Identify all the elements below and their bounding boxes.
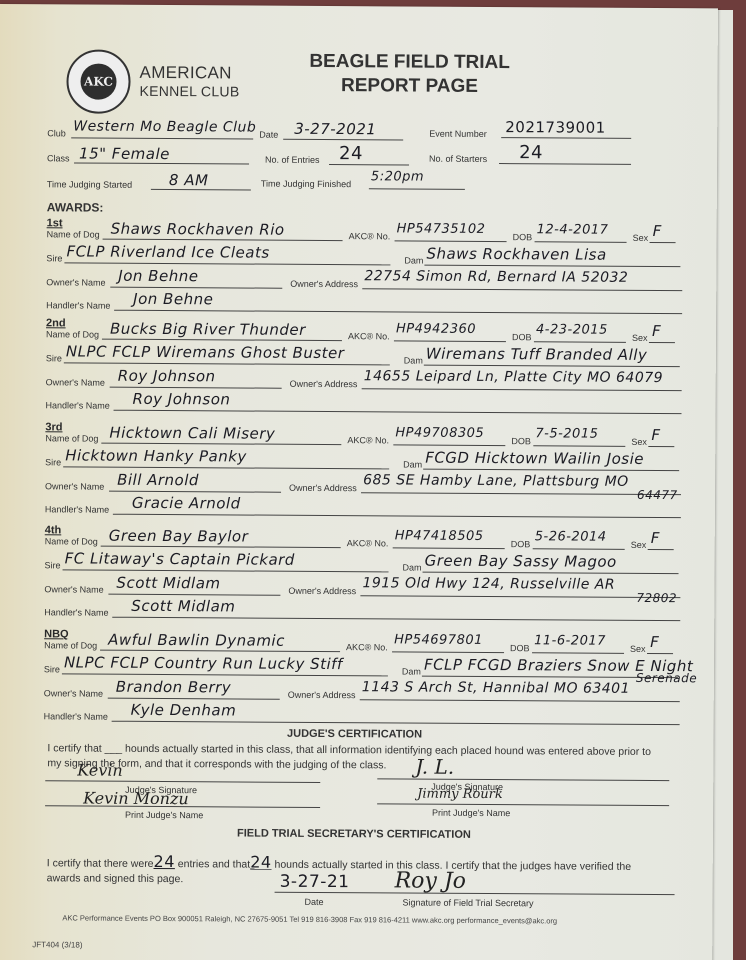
akc-logo-mark: AKC [80,63,116,99]
owners-name-label: Owner's Name [46,277,105,287]
owner-address-field[interactable]: 1143 S Arch St, Hannibal MO 63401 [362,679,630,697]
award-entry: 1st Name of Dog Shaws Rockhaven Rio AKC®… [0,4,718,8]
akc-no-label: AKC® No. [346,642,388,652]
time-finished-field[interactable]: 5:20pm [371,169,424,184]
page-title: BEAGLE FIELD TRIAL REPORT PAGE [279,50,539,100]
dob-label: DOB [513,232,533,242]
sire-label: Sire [46,353,62,363]
sire-field[interactable]: FCLP Riverland Ice Cleats [66,242,269,261]
secretary-date-label: Date [304,897,323,907]
time-started-field[interactable]: 8 AM [169,171,209,189]
handler-name-field[interactable]: Kyle Denham [131,701,237,720]
report-page: AKC AMERICAN KENNEL CLUB BEAGLE FIELD TR… [0,4,718,960]
footer-contact: AKC Performance Events PO Box 900051 Ral… [62,913,557,925]
sex-label: Sex [632,333,648,343]
akc-no-field[interactable]: HP47418505 [395,528,484,544]
name-of-dog-label: Name of Dog [47,229,100,239]
judges-certification-title: JUDGE'S CERTIFICATION [0,726,714,742]
club-label: Club [47,128,66,138]
owners-name-label: Owner's Name [45,481,104,491]
sex-field[interactable]: F [651,426,660,444]
time-finished-label: Time Judging Finished [261,179,351,190]
dob-field[interactable]: 11-6-2017 [534,633,606,648]
owner-name-field[interactable]: Roy Johnson [118,367,216,386]
akc-no-field[interactable]: HP4942360 [396,321,476,336]
dob-field[interactable]: 4-23-2015 [536,322,608,337]
sex-field[interactable]: F [651,529,660,547]
secretary-entries-field[interactable]: 24 [154,852,175,871]
dam-label: Dam [403,459,422,469]
event-number-field[interactable]: 2021739001 [505,118,606,137]
dog-name-field[interactable]: Shaws Rockhaven Rio [111,220,285,239]
time-started-label: Time Judging Started [47,179,132,190]
owners-name-label: Owner's Name [44,584,103,594]
dam-field[interactable]: Green Bay Sassy Magoo [425,552,617,571]
club-field[interactable]: Western Mo Beagle Club [73,118,256,135]
owners-address-label: Owner's Address [288,690,356,700]
sire-label: Sire [46,253,62,263]
owner-address-field[interactable]: 1915 Old Hwy 124, Russelville AR [362,575,615,593]
class-field[interactable]: 15" Female [79,144,170,163]
judge2-printed-name[interactable]: Jimmy Rourk [417,787,503,803]
handlers-name-label: Handler's Name [44,607,108,617]
name-of-dog-label: Name of Dog [46,329,99,339]
award-entry: 3rd Name of Dog Hicktown Cali Misery AKC… [0,4,718,8]
owners-name-label: Owner's Name [44,688,103,698]
award-entry: 2nd Name of Dog Bucks Big River Thunder … [0,4,718,8]
sire-label: Sire [45,457,61,467]
placement-label: 1st [47,217,63,229]
handler-name-field[interactable]: Scott Midlam [131,597,235,616]
organization-name: AMERICAN KENNEL CLUB [139,63,239,102]
award-entry: 4th Name of Dog Green Bay Baylor AKC® No… [0,4,718,8]
sex-label: Sex [631,540,647,550]
handler-name-field[interactable]: Gracie Arnold [132,494,241,513]
owner-address-field[interactable]: 685 SE Hamby Lane, Plattsburg MO [363,472,629,490]
owners-name-label: Owner's Name [46,377,105,387]
sire-field[interactable]: Hicktown Hanky Panky [65,446,247,465]
starters-label: No. of Starters [429,154,487,164]
class-label: Class [47,153,70,163]
placement-label: 3rd [45,421,62,433]
owners-address-label: Owner's Address [290,379,358,389]
dob-label: DOB [511,436,531,446]
dob-label: DOB [511,539,531,549]
secretary-signature[interactable]: Roy Jo [395,868,466,893]
sex-label: Sex [633,233,649,243]
sire-field[interactable]: FC Litaway's Captain Pickard [65,549,295,568]
owners-address-label: Owner's Address [290,279,358,289]
sex-field[interactable]: F [650,633,659,651]
sire-field[interactable]: NLPC FCLP Wiremans Ghost Buster [66,342,345,362]
handlers-name-label: Handler's Name [44,711,108,721]
akc-no-label: AKC® No. [348,331,390,341]
owner-address-field[interactable]: 14655 Leipard Ln, Platte City MO 64079 [364,368,663,386]
secretary-certification-title: FIELD TRIAL SECRETARY'S CERTIFICATION [0,826,713,842]
owner-address-field-continued[interactable]: 72802 [636,591,677,605]
dam-field-continued[interactable]: Serenade [636,671,697,685]
name-of-dog-label: Name of Dog [45,536,98,546]
akc-logo: AKC [66,49,130,113]
akc-no-label: AKC® No. [347,538,389,548]
dob-label: DOB [512,332,532,342]
dam-label: Dam [404,355,423,365]
event-number-label: Event Number [429,129,487,139]
judge1-signature[interactable]: Kevin [77,760,123,779]
dog-name-field[interactable]: Awful Bawlin Dynamic [108,631,285,650]
dam-field[interactable]: FCGD Hicktown Wailin Josie [425,449,644,468]
judge2-print-label: Print Judge's Name [432,808,510,818]
sire-label: Sire [45,560,61,570]
entries-field[interactable]: 24 [339,143,363,164]
sex-field[interactable]: F [653,222,662,240]
dam-field[interactable]: Shaws Rockhaven Lisa [426,245,606,264]
sex-field[interactable]: F [652,322,661,340]
owner-address-field-continued[interactable]: 64477 [637,488,678,502]
judge1-printed-name[interactable]: Kevin Monzu [83,789,189,809]
akc-no-field[interactable]: HP49708305 [395,425,484,441]
owner-name-field[interactable]: Brandon Berry [116,678,231,697]
owner-name-field[interactable]: Bill Arnold [117,471,199,489]
placement-label: 2nd [46,317,66,329]
judge1-print-label: Print Judge's Name [125,810,203,820]
name-of-dog-label: Name of Dog [45,433,98,443]
placement-label: 4th [45,524,62,536]
owners-address-label: Owner's Address [289,483,357,493]
name-of-dog-label: Name of Dog [44,640,97,650]
date-field[interactable]: 3-27-2021 [294,120,376,139]
secretary-signature-label: Signature of Field Trial Secretary [402,897,533,908]
akc-no-label: AKC® No. [347,435,389,445]
handlers-name-label: Handler's Name [46,300,110,310]
akc-no-label: AKC® No. [349,231,391,241]
owners-address-label: Owner's Address [288,586,356,596]
dob-field[interactable]: 7-5-2015 [535,426,598,441]
dog-name-field[interactable]: Bucks Big River Thunder [110,320,306,339]
handlers-name-label: Handler's Name [45,504,109,514]
dob-label: DOB [510,643,530,653]
starters-field[interactable]: 24 [519,142,543,163]
date-label: Date [259,130,278,140]
judges-certification-text: I certify that ___ hounds actually start… [47,741,687,775]
judge2-signature[interactable]: J. L. [415,755,454,779]
entries-label: No. of Entries [265,155,320,165]
handler-name-field[interactable]: Jon Behne [133,290,213,308]
sex-label: Sex [631,437,647,447]
dog-name-field[interactable]: Hicktown Cali Misery [109,424,275,443]
owner-address-field[interactable]: 22754 Simon Rd, Bernard IA 52032 [364,268,628,286]
akc-no-field[interactable]: HP54697801 [394,632,483,648]
owner-name-field[interactable]: Scott Midlam [116,574,220,593]
awards-heading: AWARDS: [47,200,104,214]
form-code: JFT404 (3/18) [32,940,82,949]
secretary-date-field[interactable]: 3-27-21 [280,872,350,892]
dam-field[interactable]: Wiremans Tuff Branded Ally [426,345,648,364]
secretary-certification-text: I certify that there were24 entries and … [47,853,687,890]
handler-name-field[interactable]: Roy Johnson [133,390,231,409]
dam-label: Dam [404,255,423,265]
dob-field[interactable]: 12-4-2017 [537,222,609,237]
dog-name-field[interactable]: Green Bay Baylor [109,527,249,546]
secretary-starters-field[interactable]: 24 [250,853,271,872]
sex-label: Sex [630,644,646,654]
dam-label: Dam [402,666,421,676]
award-entry: NBQ Name of Dog Awful Bawlin Dynamic AKC… [0,4,718,8]
handlers-name-label: Handler's Name [46,400,110,410]
sire-label: Sire [44,664,60,674]
placement-label: NBQ [44,628,69,640]
owner-name-field[interactable]: Jon Behne [118,267,198,285]
dam-label: Dam [403,562,422,572]
sire-field[interactable]: NLPC FCLP Country Run Lucky Stiff [64,653,343,673]
dob-field[interactable]: 5-26-2014 [535,529,607,544]
akc-no-field[interactable]: HP54735102 [397,221,486,237]
awards-list: 1st Name of Dog Shaws Rockhaven Rio AKC®… [0,4,718,8]
